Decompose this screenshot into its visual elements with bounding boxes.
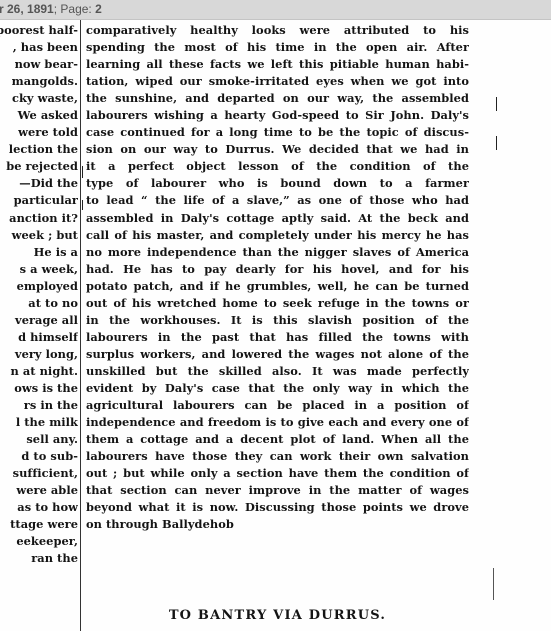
article-line: that section can never improve in the ma… bbox=[86, 482, 469, 499]
left-column-line: were able bbox=[0, 482, 78, 499]
margin-mark bbox=[493, 568, 494, 600]
margin-mark bbox=[82, 166, 83, 178]
article-line: spending the most of his time in the ope… bbox=[86, 39, 469, 56]
left-column-text: poorest half-, has beennow bear-mangolds… bbox=[0, 22, 78, 568]
article-line: in the workhouses. It is this slavish po… bbox=[86, 312, 469, 329]
article-line: had. He has to pay dearly for his hovel,… bbox=[86, 261, 469, 278]
margin-mark bbox=[496, 136, 497, 150]
left-column-line: sell any. bbox=[0, 431, 78, 448]
left-column-line: at to no bbox=[0, 295, 78, 312]
left-column-line: We asked bbox=[0, 107, 78, 124]
left-column-line: be rejected bbox=[0, 158, 78, 175]
article-line: labourers in the past that has filled th… bbox=[86, 329, 469, 346]
article-line: independence and freedom is to give each… bbox=[86, 414, 469, 431]
margin-mark bbox=[82, 200, 83, 210]
article-line: beyond what it is now. Discussing those … bbox=[86, 499, 469, 516]
left-column-line: , has been bbox=[0, 39, 78, 56]
article-line: comparatively healthy looks were attribu… bbox=[86, 22, 469, 39]
newspaper-page-scan: poorest half-, has beennow bear-mangolds… bbox=[0, 20, 551, 631]
article-line: evident by Daly's case that the only way… bbox=[86, 380, 469, 397]
article-line: to lead “ the life of a slave,” as one o… bbox=[86, 192, 469, 209]
article-line: agricultural labourers can be placed in … bbox=[86, 397, 469, 414]
left-column-line: ran the bbox=[0, 550, 78, 567]
article-line: potato patch, and if he grumbles, well, … bbox=[86, 278, 469, 295]
page-info-bar: r 26, 1891; Page: 2 bbox=[0, 0, 551, 20]
article-line: them a cottage and a decent plot of land… bbox=[86, 431, 469, 448]
left-column-line: poorest half- bbox=[0, 22, 78, 39]
left-column-line: l the milk bbox=[0, 414, 78, 431]
left-column-line: rs in the bbox=[0, 397, 78, 414]
left-column-line: s a week, bbox=[0, 261, 78, 278]
left-column-line: were told bbox=[0, 124, 78, 141]
article-line: labourers wishing a hearty God-speed to … bbox=[86, 107, 469, 124]
left-column-line: very long, bbox=[0, 346, 78, 363]
article-line: sion on our way to Durrus. We decided th… bbox=[86, 141, 469, 158]
article-line: type of labourer who is bound down to a … bbox=[86, 175, 469, 192]
left-column-line: anction it? bbox=[0, 210, 78, 227]
page-label: ; Page: bbox=[54, 2, 95, 16]
left-column-line: sufficient, bbox=[0, 465, 78, 482]
left-column-line: ows is the bbox=[0, 380, 78, 397]
left-column-line: He is a bbox=[0, 244, 78, 261]
article-line: labourers have those they can work their… bbox=[86, 448, 469, 465]
article-line: out ; but while only a section have them… bbox=[86, 465, 469, 482]
left-column-line: cky waste, bbox=[0, 90, 78, 107]
left-column-line: d to sub- bbox=[0, 448, 78, 465]
left-column-line: particular bbox=[0, 192, 78, 209]
left-column-line: mangolds. bbox=[0, 73, 78, 90]
section-heading: TO BANTRY VIA DURRUS. bbox=[86, 608, 469, 623]
article-line: it a perfect object lesson of the condit… bbox=[86, 158, 469, 175]
left-column-line: lection the bbox=[0, 141, 78, 158]
left-column-line: now bear- bbox=[0, 56, 78, 73]
article-line: unskilled but the skilled also. It was m… bbox=[86, 363, 469, 380]
article-body: comparatively healthy looks were attribu… bbox=[86, 22, 469, 533]
left-column-line: as to how bbox=[0, 499, 78, 516]
page-number: 2 bbox=[95, 2, 102, 16]
article-line: assembled in Daly's cottage aptly said. … bbox=[86, 210, 469, 227]
article-line: call of his master, and completely under… bbox=[86, 227, 469, 244]
article-line: case continued for a long time to be the… bbox=[86, 124, 469, 141]
article-line: learning all these facts we left this pi… bbox=[86, 56, 469, 73]
article-line: the sunshine, and departed on our way, t… bbox=[86, 90, 469, 107]
left-column-line: n at night. bbox=[0, 363, 78, 380]
article-line: on through Ballydehob bbox=[86, 516, 469, 533]
article-line: surplus workers, and lowered the wages n… bbox=[86, 346, 469, 363]
issue-date: r 26, 1891 bbox=[0, 2, 54, 16]
margin-mark bbox=[496, 97, 497, 111]
page-info-text: r 26, 1891; Page: 2 bbox=[0, 0, 102, 19]
left-column-line: —Did the bbox=[0, 175, 78, 192]
left-column-line: ttage were bbox=[0, 516, 78, 533]
article-line: out of his wretched home to seek refuge … bbox=[86, 295, 469, 312]
left-column-line: eekeeper, bbox=[0, 533, 78, 550]
left-column-line: verage all bbox=[0, 312, 78, 329]
article-line: no more independence than the nigger sla… bbox=[86, 244, 469, 261]
left-column-line: employed bbox=[0, 278, 78, 295]
left-column-line: d himself bbox=[0, 329, 78, 346]
left-column-line: week ; but bbox=[0, 227, 78, 244]
column-divider bbox=[80, 20, 81, 631]
article-line: tation, wiped our smoke-irritated eyes w… bbox=[86, 73, 469, 90]
